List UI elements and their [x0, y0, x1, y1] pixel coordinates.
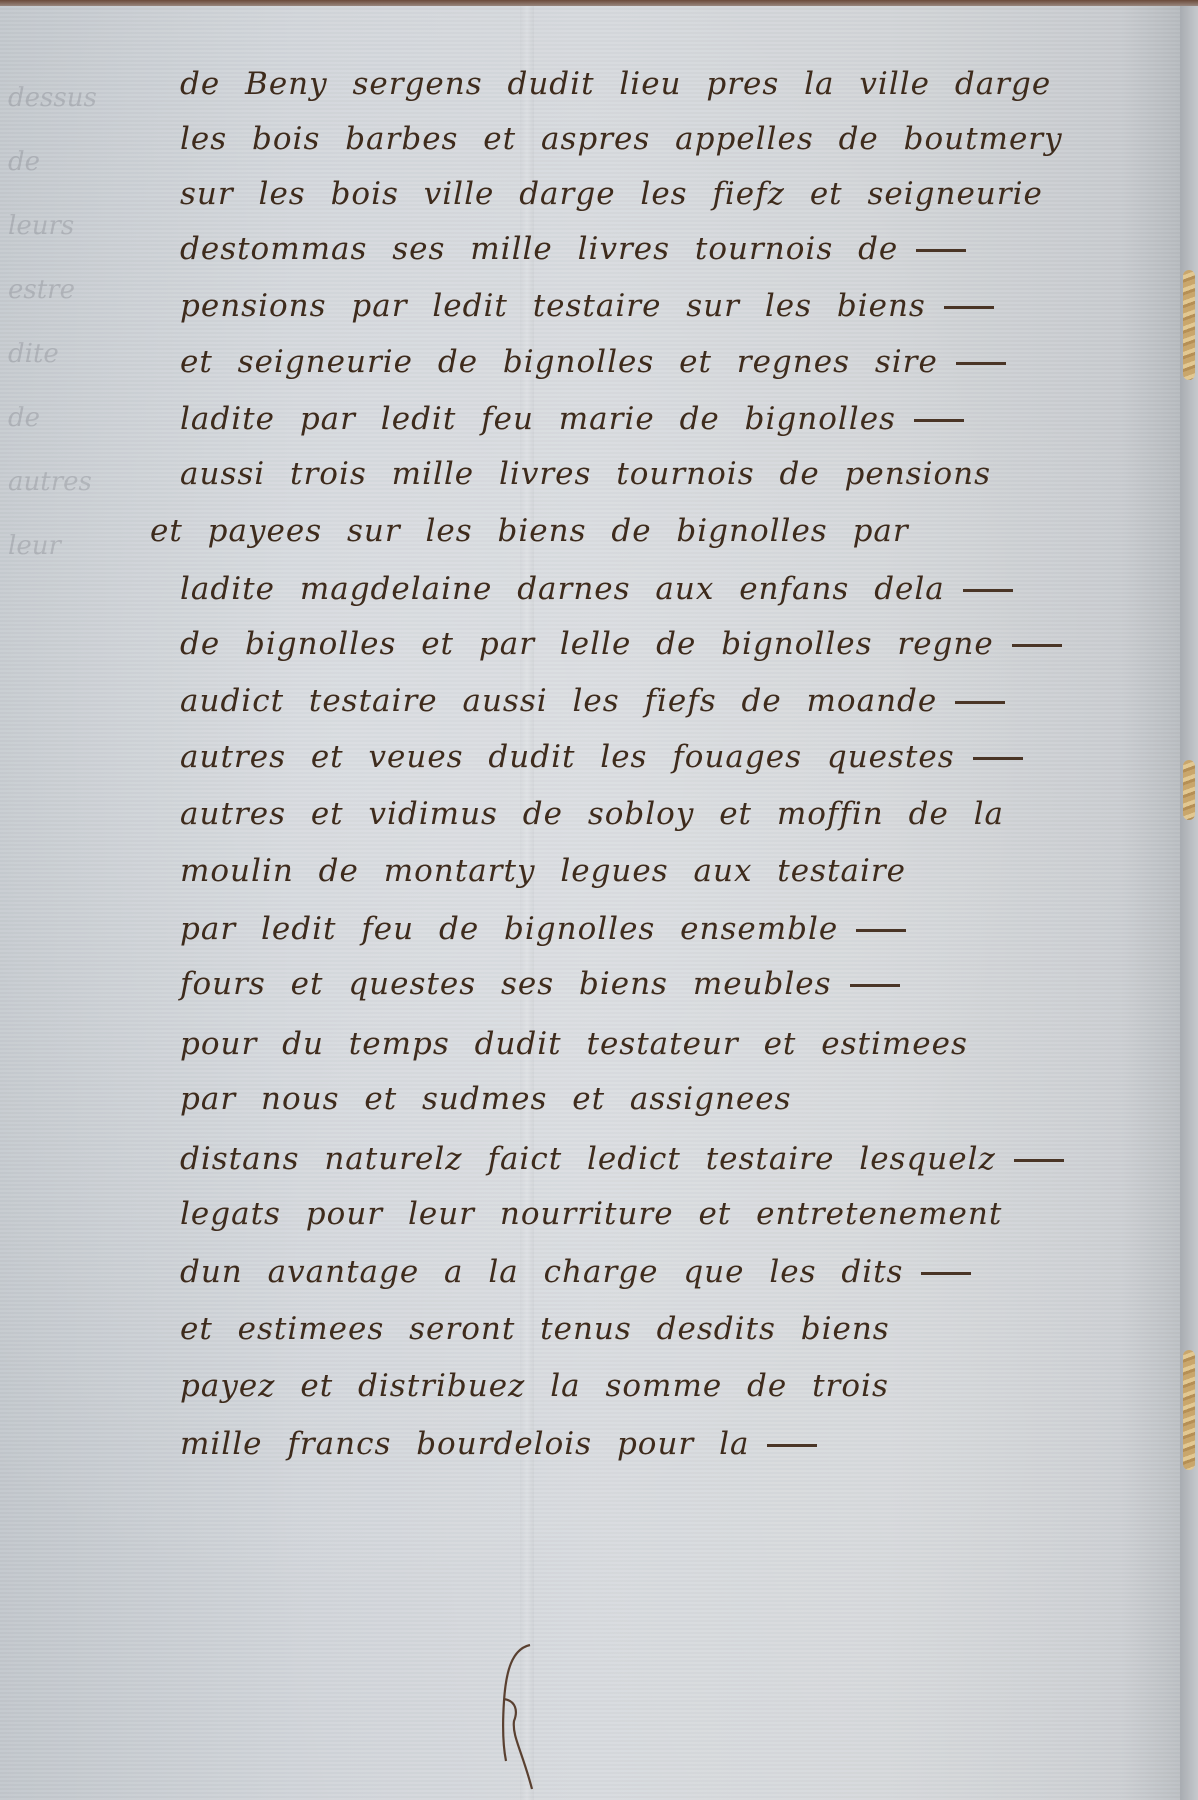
- line-text: autres et veues dudit les fouages queste…: [180, 739, 955, 775]
- line-text: et payees sur les biens de bignolles par: [150, 513, 909, 549]
- manuscript-line: legats pour leur nourriture et entretene…: [180, 1196, 1002, 1256]
- manuscript-line: mille francs bourdelois pour la: [180, 1426, 817, 1486]
- line-filler-dash: [973, 757, 1023, 760]
- line-filler-dash: [856, 929, 906, 932]
- line-text: fours et questes ses biens meubles: [180, 966, 832, 1002]
- binding-thread: [1183, 760, 1195, 820]
- manuscript-line: dun avantage a la charge que les dits: [180, 1254, 971, 1314]
- manuscript-line: les bois barbes et aspres appelles de bo…: [180, 121, 1063, 181]
- line-filler-dash: [1012, 644, 1062, 647]
- line-filler-dash: [916, 249, 966, 252]
- manuscript-line: ladite par ledit feu marie de bignolles: [180, 401, 964, 461]
- line-filler-dash: [850, 984, 900, 987]
- line-text: destommas ses mille livres tournois de: [180, 231, 898, 267]
- line-text: aussi trois mille livres tournois de pen…: [180, 456, 991, 492]
- manuscript-line: ladite magdelaine darnes aux enfans dela: [180, 571, 1013, 631]
- manuscript-line: et payees sur les biens de bignolles par: [150, 513, 909, 573]
- ghost-word: leur: [8, 514, 158, 578]
- line-text: ladite par ledit feu marie de bignolles: [180, 401, 896, 437]
- manuscript-line: par nous et sudmes et assignees: [180, 1081, 792, 1141]
- bleed-through-text: dessus de leurs estre dite de autres leu…: [8, 66, 158, 578]
- manuscript-line: et estimees seront tenus desdits biens: [180, 1311, 890, 1371]
- manuscript-line: sur les bois ville darge les fiefz et se…: [180, 176, 1043, 236]
- line-filler-dash: [944, 306, 994, 309]
- ghost-word: estre: [8, 258, 158, 322]
- manuscript-line: de bignolles et par lelle de bignolles r…: [180, 626, 1062, 686]
- line-text: payez et distribuez la somme de trois: [180, 1368, 889, 1404]
- manuscript-line: aussi trois mille livres tournois de pen…: [180, 456, 991, 516]
- line-text: et estimees seront tenus desdits biens: [180, 1311, 890, 1347]
- line-text: ladite magdelaine darnes aux enfans dela: [180, 571, 945, 607]
- line-text: mille francs bourdelois pour la: [180, 1426, 749, 1462]
- ghost-word: dessus: [8, 66, 158, 130]
- line-text: par nous et sudmes et assignees: [180, 1081, 792, 1117]
- manuscript-line: pour du temps dudit testateur et estimee…: [180, 1026, 968, 1086]
- ghost-word: de: [8, 130, 158, 194]
- manuscript-line: distans naturelz faict ledict testaire l…: [180, 1141, 1064, 1201]
- manuscript-line: par ledit feu de bignolles ensemble: [180, 911, 906, 971]
- line-text: et seigneurie de bignolles et regnes sir…: [180, 344, 938, 380]
- line-filler-dash: [955, 701, 1005, 704]
- line-text: audict testaire aussi les fiefs de moand…: [180, 683, 937, 719]
- line-text: pensions par ledit testaire sur les bien…: [180, 288, 926, 324]
- ghost-word: dite: [8, 322, 158, 386]
- line-text: legats pour leur nourriture et entretene…: [180, 1196, 1002, 1232]
- line-text: sur les bois ville darge les fiefz et se…: [180, 176, 1043, 212]
- line-text: de bignolles et par lelle de bignolles r…: [180, 626, 994, 662]
- manuscript-line: pensions par ledit testaire sur les bien…: [180, 288, 994, 348]
- ghost-word: leurs: [8, 194, 158, 258]
- line-text: dun avantage a la charge que les dits: [180, 1254, 903, 1290]
- line-text: moulin de montarty legues aux testaire: [180, 853, 906, 889]
- line-text: autres et vidimus de sobloy et moffin de…: [180, 796, 1004, 832]
- manuscript-line: de Beny sergens dudit lieu pres la ville…: [180, 66, 1051, 126]
- line-text: les bois barbes et aspres appelles de bo…: [180, 121, 1063, 157]
- binding-thread: [1183, 270, 1195, 380]
- line-filler-dash: [921, 1272, 971, 1275]
- manuscript-line: autres et vidimus de sobloy et moffin de…: [180, 796, 1004, 856]
- signature-flourish-icon: [492, 1641, 552, 1791]
- manuscript-line: audict testaire aussi les fiefs de moand…: [180, 683, 1005, 743]
- line-filler-dash: [1014, 1159, 1064, 1162]
- line-filler-dash: [767, 1444, 817, 1447]
- line-text: de Beny sergens dudit lieu pres la ville…: [180, 66, 1051, 102]
- manuscript-line: autres et veues dudit les fouages queste…: [180, 739, 1023, 799]
- manuscript-line: et seigneurie de bignolles et regnes sir…: [180, 344, 1006, 404]
- line-text: distans naturelz faict ledict testaire l…: [180, 1141, 996, 1177]
- manuscript-line: payez et distribuez la somme de trois: [180, 1368, 889, 1428]
- line-filler-dash: [963, 589, 1013, 592]
- ghost-word: de: [8, 386, 158, 450]
- manuscript-line: fours et questes ses biens meubles: [180, 966, 900, 1026]
- line-filler-dash: [914, 419, 964, 422]
- line-filler-dash: [956, 362, 1006, 365]
- ghost-word: autres: [8, 450, 158, 514]
- manuscript-page: dessus de leurs estre dite de autres leu…: [0, 6, 1180, 1800]
- manuscript-line: destommas ses mille livres tournois de: [180, 231, 966, 291]
- line-text: pour du temps dudit testateur et estimee…: [180, 1026, 968, 1062]
- binding-thread: [1183, 1350, 1195, 1470]
- manuscript-line: moulin de montarty legues aux testaire: [180, 853, 906, 913]
- line-text: par ledit feu de bignolles ensemble: [180, 911, 838, 947]
